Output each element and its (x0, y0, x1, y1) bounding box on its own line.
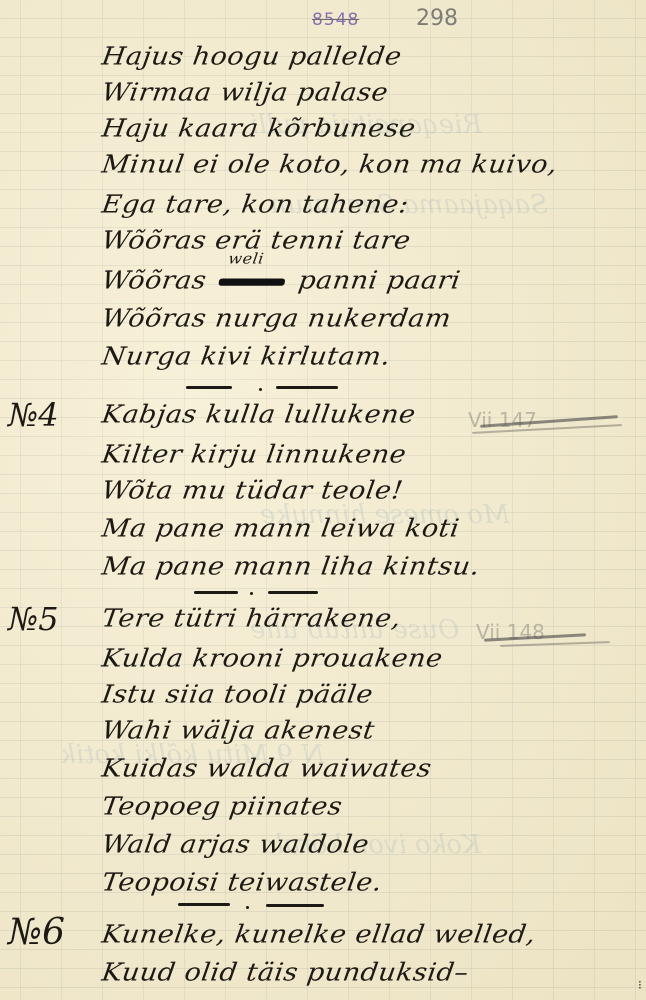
verse-line: Hajus hoogu pallelde (100, 42, 404, 71)
verse-line: Tere tütri härrakene, (100, 604, 403, 633)
separator-dash (266, 904, 324, 907)
separator-dash (178, 903, 230, 906)
correction-above: weli (227, 250, 265, 267)
song-number: №6 (8, 912, 65, 953)
verse-line: Kuud olid täis punduksid– (100, 958, 471, 987)
archive-stamp: 8548 (312, 10, 359, 30)
verse-line: Kilter kirju linnukene (100, 440, 408, 469)
song-number: №5 (8, 600, 59, 638)
verse-line: Istu siia tooli pääle (100, 680, 375, 709)
verse-line: Nurga kivi kirlutam. (100, 342, 392, 371)
verse-line: Wald arjas waldole (100, 830, 371, 859)
verse-word: Wõõras (100, 266, 208, 295)
verse-line: Ega tare, kon tahene: (100, 190, 411, 219)
verse-line: Wahi wälja akenest (100, 716, 377, 745)
separator-dot (250, 592, 253, 595)
verse-line: Haju kaara kõrbunese (100, 114, 418, 143)
verse-line: Minul ei ole koto, kon ma kuivo, (100, 150, 559, 179)
separator-dot (246, 906, 249, 909)
separator-dash (276, 386, 338, 389)
verse-line: Wirmaa wilja palase (100, 78, 390, 107)
verse-line: Wõta mu tüdar teole! (100, 476, 405, 505)
verse-line: Ma pane mann leiwa koti (100, 514, 461, 543)
separator-dot (259, 388, 262, 391)
verse-line: Wõõras nurga nukerdam (100, 304, 453, 333)
verse-line: Ma pane mann liha kintsu. (100, 552, 482, 581)
separator-dash (194, 591, 238, 594)
verse-word: panni paari (296, 266, 462, 295)
separator-dash (268, 591, 318, 594)
verse-line: Kulda krooni prouakene (100, 644, 445, 673)
edge-mark: ⁝ (638, 978, 642, 992)
verse-line: Kuidas walda waiwates (100, 754, 433, 783)
verse-line: Teopoeg piinates (100, 792, 344, 821)
verse-line: Kunelke, kunelke ellad welled, (100, 920, 538, 949)
ink-strikeout (219, 278, 286, 285)
struck-word: weli (213, 266, 291, 295)
separator-dash (186, 386, 232, 389)
song-number: №4 (8, 396, 59, 434)
page-number: 298 (416, 6, 458, 31)
verse-line-with-correction: Wõõras weli panni paari (100, 266, 462, 295)
verse-line: Teopoisi teiwastele. (100, 868, 384, 897)
verse-line: Kabjas kulla lullukene (100, 400, 418, 429)
